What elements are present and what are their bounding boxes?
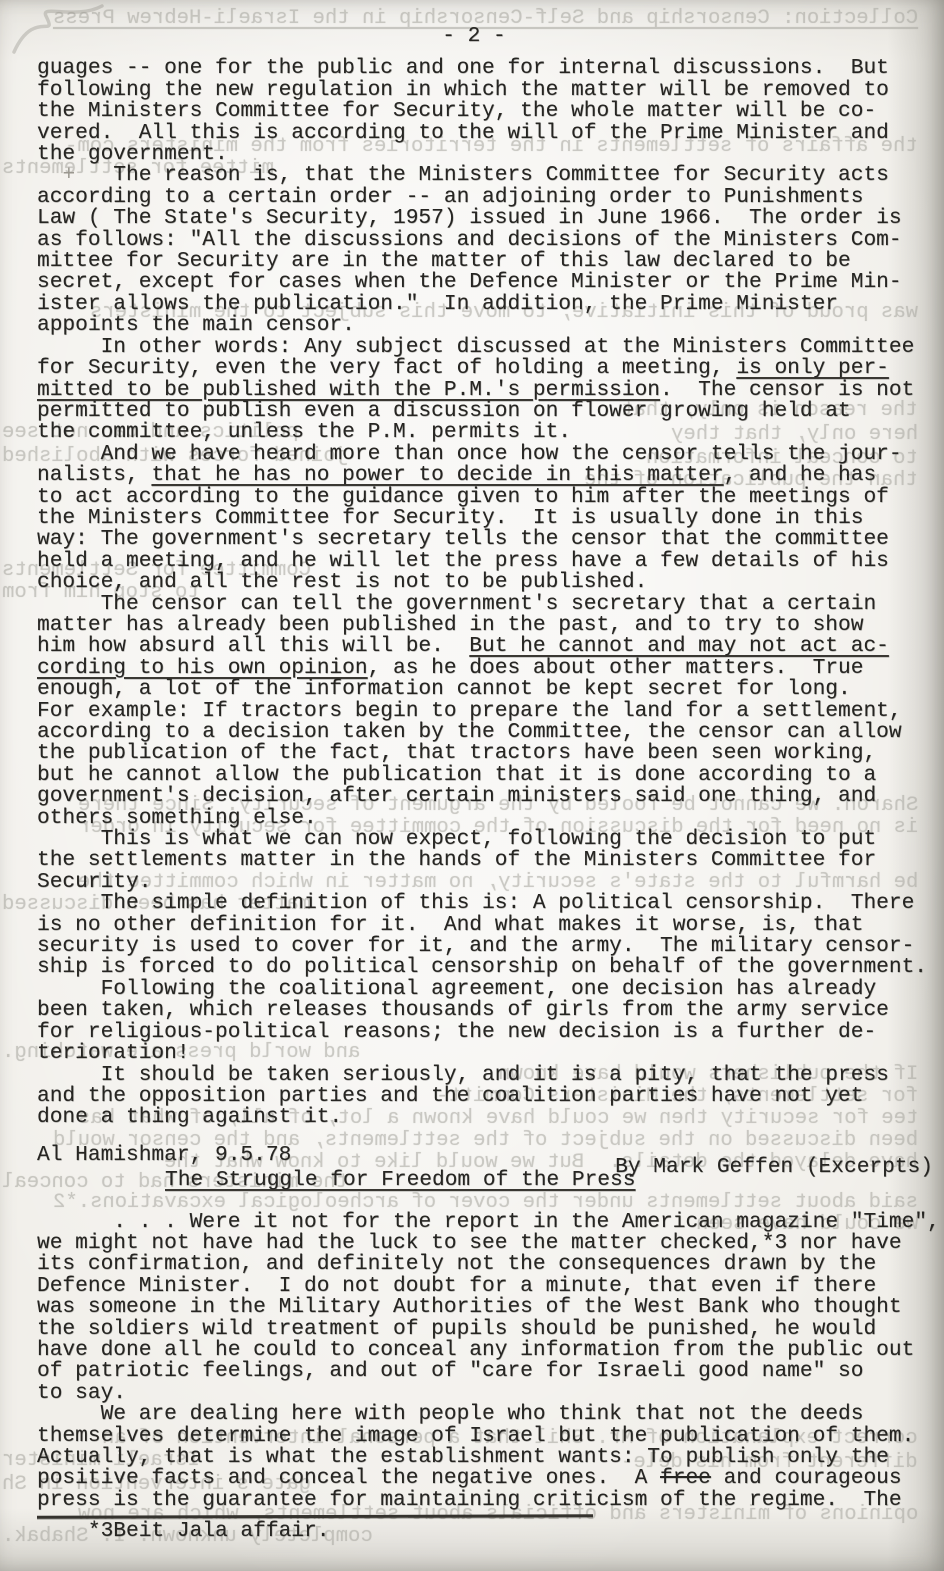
body-text: Following the coalitional agreement, one… bbox=[37, 977, 889, 1065]
excerpt-body: . . . Were it not for the report in the … bbox=[37, 1212, 944, 1512]
body-text: . . . Were it not for the report in the … bbox=[37, 1210, 940, 1405]
byline-source: Al Hamishmar, 9.5.78 bbox=[37, 1145, 291, 1166]
paragraph: The censor can tell the government's sec… bbox=[37, 594, 942, 829]
paragraph: This is what we can now expect, followin… bbox=[37, 829, 942, 893]
page-number: - 2 - bbox=[37, 26, 911, 47]
paragraph: The simple definition of this is: A poli… bbox=[37, 893, 942, 979]
struck-text: free bbox=[660, 1466, 711, 1490]
scanned-document-page: Collection: Censorship and Self-Censorsh… bbox=[0, 0, 944, 1571]
paragraph: + The reason is, that the Ministers Comm… bbox=[37, 165, 942, 336]
byline-author: By Mark Geffen (Excerpts) bbox=[615, 1157, 933, 1178]
pencil-squiggle-mark bbox=[6, 0, 136, 60]
paragraph: Following the coalitional agreement, one… bbox=[37, 979, 942, 1065]
body-text: It should be taken seriously, and it is … bbox=[37, 1063, 889, 1130]
footnote-text: *3Beit Jala affair. bbox=[37, 1521, 944, 1542]
paragraph: And we have heard more than once how the… bbox=[37, 444, 942, 594]
byline: Al Hamishmar, 9.5.78 By Mark Geffen (Exc… bbox=[37, 1145, 933, 1166]
page-content: - 2 - guages -- one for the public and o… bbox=[0, 0, 944, 1571]
body-text: guages -- one for the public and one for… bbox=[37, 56, 889, 166]
paragraph: We are dealing here with people who thin… bbox=[37, 1404, 942, 1511]
paragraph: In other words: Any subject discussed at… bbox=[37, 337, 942, 444]
body-text: This is what we can now expect, followin… bbox=[37, 827, 876, 894]
paragraph: guages -- one for the public and one for… bbox=[37, 58, 942, 165]
underlined-text: that he has no power to decide in this m… bbox=[151, 463, 723, 487]
body-text: The reason is, that the Ministers Commit… bbox=[37, 163, 902, 337]
body-text: + bbox=[62, 163, 75, 187]
article-body: guages -- one for the public and one for… bbox=[37, 58, 944, 1128]
section-heading: The Struggle for Freedom of the Press bbox=[165, 1168, 635, 1192]
body-text: , as he does about other matters. True e… bbox=[37, 656, 902, 830]
paragraph: . . . Were it not for the report in the … bbox=[37, 1212, 942, 1405]
body-text bbox=[37, 163, 62, 187]
paragraph: It should be taken seriously, and it is … bbox=[37, 1065, 942, 1129]
body-text: The simple definition of this is: A poli… bbox=[37, 891, 927, 979]
